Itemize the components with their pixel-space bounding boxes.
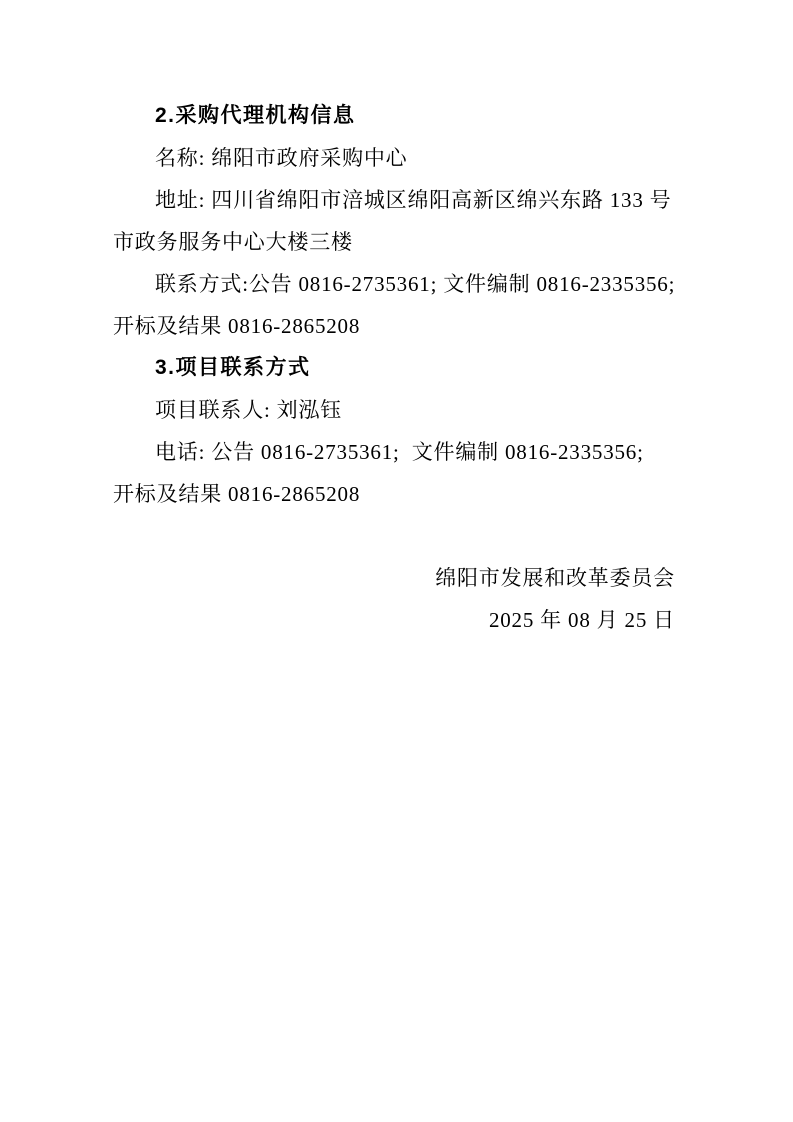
section3-heading: 3.项目联系方式	[113, 347, 675, 389]
signature-organization: 绵阳市发展和改革委员会	[113, 557, 675, 599]
project-phone-line-1: 电话: 公告 0816-2735361; 文件编制 0816-2335356;	[113, 431, 675, 473]
signature-date: 2025 年 08 月 25 日	[113, 599, 675, 641]
project-phone-line-2: 开标及结果 0816-2865208	[113, 473, 675, 515]
document-body: 2.采购代理机构信息 名称: 绵阳市政府采购中心 地址: 四川省绵阳市涪城区绵阳…	[113, 95, 675, 641]
agency-contact-line-1: 联系方式:公告 0816-2735361; 文件编制 0816-2335356;	[113, 263, 675, 305]
document-page: 2.采购代理机构信息 名称: 绵阳市政府采购中心 地址: 四川省绵阳市涪城区绵阳…	[0, 0, 793, 1122]
agency-address-line-2: 市政务服务中心大楼三楼	[113, 221, 675, 263]
agency-contact-line-2: 开标及结果 0816-2865208	[113, 305, 675, 347]
agency-name-line: 名称: 绵阳市政府采购中心	[113, 137, 675, 179]
spacer-line	[113, 515, 675, 557]
project-contact-person-line: 项目联系人: 刘泓钰	[113, 389, 675, 431]
section2-heading: 2.采购代理机构信息	[113, 95, 675, 137]
agency-address-line-1: 地址: 四川省绵阳市涪城区绵阳高新区绵兴东路 133 号	[113, 179, 675, 221]
